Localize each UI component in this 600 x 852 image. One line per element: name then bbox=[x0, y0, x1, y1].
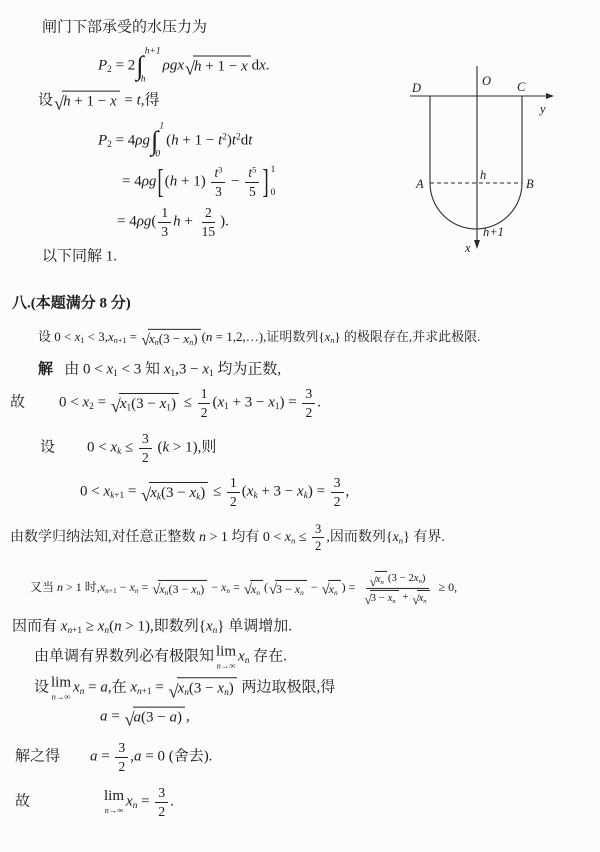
math-var: a bbox=[100, 679, 108, 695]
radical-sign-icon: √ bbox=[141, 330, 150, 348]
math-text: 3 bbox=[218, 165, 222, 174]
denominator: 3 bbox=[212, 183, 225, 200]
superscript: 5 bbox=[252, 165, 256, 174]
math-var: x bbox=[259, 57, 266, 73]
radical-sign-icon: √ bbox=[54, 92, 64, 113]
label-y: y bbox=[538, 102, 546, 116]
fraction: 32 bbox=[312, 522, 324, 554]
radical: √h + 1 − x bbox=[185, 56, 251, 77]
math-var: P bbox=[98, 132, 107, 148]
math-text: 0 bbox=[155, 149, 160, 159]
numerator: 3 bbox=[155, 785, 168, 803]
radical-sign-icon: √ bbox=[152, 581, 160, 598]
lim-word: lim bbox=[104, 789, 124, 804]
math-text: 2 bbox=[118, 759, 125, 774]
math-var: t bbox=[248, 132, 252, 148]
denominator: √3 − xn + √xn bbox=[360, 589, 433, 606]
numerator: √xn(3 − 2xn) bbox=[366, 571, 429, 589]
fraction: 13 bbox=[158, 205, 171, 239]
math-text: − bbox=[227, 173, 243, 189]
math-var: h bbox=[63, 94, 71, 110]
math-text: +1 bbox=[149, 47, 160, 57]
math-text: (3 − bbox=[141, 710, 169, 726]
math-text: ) = bbox=[308, 483, 329, 499]
math-text: →∞ bbox=[56, 691, 71, 701]
formula-result: = 4ρg(13h + 215). bbox=[117, 205, 229, 239]
math-text: 由 0 < bbox=[53, 362, 106, 378]
math-text: 八.(本题满分 8 分) bbox=[12, 296, 131, 312]
math-text: ) bbox=[422, 572, 426, 584]
radicand: a(3 − a) bbox=[133, 707, 185, 728]
math-text: + 1) bbox=[177, 173, 209, 189]
integral: ∫h+1h bbox=[136, 49, 159, 84]
math-text: > 1),则 bbox=[169, 439, 216, 455]
math-text: ). bbox=[220, 213, 229, 229]
radical: √xn bbox=[322, 580, 341, 597]
math-text: } 有界. bbox=[403, 530, 445, 545]
radical-sign-icon: √ bbox=[412, 591, 419, 607]
label-C: C bbox=[517, 80, 526, 94]
numerator: 2 bbox=[202, 205, 215, 223]
numerator: 3 bbox=[312, 522, 324, 538]
denominator: 5 bbox=[246, 183, 259, 200]
numerator: 1 bbox=[227, 475, 240, 493]
math-text: d bbox=[252, 57, 260, 73]
math-text: +1 bbox=[142, 687, 152, 697]
take-limit-text: 设limn→∞xn = a,在 xn+1 = √xn(3 − xn) 两边取极限… bbox=[34, 675, 335, 701]
upper-limit: h+1 bbox=[145, 48, 161, 58]
same-as-solution1-text: 以下同解 1. bbox=[42, 248, 117, 267]
radicand: 3 − xn bbox=[275, 580, 307, 597]
math-var: x bbox=[202, 362, 209, 378]
math-text: ) bbox=[200, 485, 205, 501]
radical: √xn(3 − xn) bbox=[152, 580, 207, 597]
radical: √xn(3 − xn) bbox=[169, 678, 237, 699]
math-text: ) bbox=[171, 396, 176, 412]
math-text: ) = bbox=[280, 394, 301, 410]
denominator: 2 bbox=[139, 449, 152, 466]
radical: √xn bbox=[244, 580, 263, 597]
induction-conclusion: 由数学归纳法知,对任意正整数 n > 1 均有 0 < xn ≤ 32,因而数列… bbox=[10, 522, 445, 554]
formula-p2-integral: P2 = 2∫h+1hρgx√h + 1 − xdx. bbox=[98, 49, 270, 84]
math-var: ρg bbox=[142, 173, 157, 189]
math-text: 3 bbox=[334, 475, 341, 490]
math-text: 设 0 < bbox=[38, 329, 75, 344]
math-text: ( bbox=[264, 580, 268, 594]
math-text: ) bbox=[193, 331, 197, 346]
math-var: n bbox=[300, 588, 304, 597]
math-text: 设 bbox=[38, 92, 53, 108]
math-text: ) bbox=[229, 681, 234, 697]
math-text: . bbox=[170, 793, 174, 809]
math-var: a bbox=[90, 748, 98, 764]
subscript: n bbox=[334, 588, 338, 597]
math-text: = bbox=[121, 92, 137, 108]
math-text: 5 bbox=[249, 184, 256, 199]
integral-limits: h+1h bbox=[144, 49, 160, 84]
bold-text: 解 bbox=[38, 362, 53, 378]
radical: √3 − xn bbox=[269, 580, 307, 597]
integral-limits: 10 bbox=[158, 124, 163, 159]
math-text: 因而有 bbox=[12, 619, 61, 635]
subscript: n+1 bbox=[67, 626, 82, 636]
subscript: n+1 bbox=[137, 687, 152, 697]
math-text: 2 bbox=[315, 540, 321, 554]
radical-sign-icon: √ bbox=[370, 572, 377, 588]
math-text: = bbox=[84, 679, 100, 695]
radical: √h + 1 − x bbox=[54, 91, 120, 112]
math-text: ) = bbox=[342, 580, 359, 594]
math-text: ≤ bbox=[121, 439, 137, 455]
math-text: 两边取极限,得 bbox=[238, 679, 336, 695]
label-h: h bbox=[480, 168, 486, 182]
math-text: (3 − bbox=[159, 331, 184, 346]
math-text: 3 bbox=[142, 431, 149, 446]
math-text: 3 bbox=[215, 184, 222, 199]
math-var: a bbox=[134, 710, 142, 726]
limit-exists-text: 由单调有界数列必有极限知limn→∞xn 存在. bbox=[34, 644, 287, 670]
math-text: + bbox=[181, 213, 197, 229]
math-var: ρg bbox=[135, 132, 150, 148]
solution-start: 解 由 0 < x1 < 3 知 x1,3 − x1 均为正数, bbox=[38, 361, 281, 380]
math-text: 1 bbox=[271, 165, 276, 175]
math-text: = bbox=[126, 329, 140, 344]
gate-figure: D O C y A B h h+1 x bbox=[392, 50, 598, 262]
math-text: ≤ bbox=[295, 530, 310, 545]
math-text: > 1 均有 0 < bbox=[206, 530, 285, 545]
fraction: 32 bbox=[115, 740, 128, 774]
subscript: n+1 bbox=[105, 586, 117, 595]
label-x: x bbox=[464, 241, 471, 255]
x-axis-arrow-icon bbox=[474, 240, 480, 249]
math-text: 0 < bbox=[87, 439, 110, 455]
math-text: (3 − bbox=[161, 485, 189, 501]
radicand: xn(3 − xn) bbox=[158, 580, 207, 597]
fraction: 32 bbox=[302, 386, 315, 420]
math-text: = bbox=[124, 483, 140, 499]
radical-sign-icon: √ bbox=[269, 581, 277, 598]
math-text: (3 − bbox=[168, 582, 191, 596]
math-var: n bbox=[423, 597, 426, 604]
math-text: − bbox=[117, 580, 130, 594]
math-text: + 1 − bbox=[179, 132, 218, 148]
math-text: > 1),即数列{ bbox=[122, 619, 206, 635]
math-text: 3 − bbox=[371, 592, 388, 604]
denominator: 2 bbox=[198, 404, 211, 421]
radical-sign-icon: √ bbox=[364, 591, 371, 607]
fraction: 215 bbox=[199, 205, 219, 239]
math-var: n bbox=[114, 619, 122, 635]
math-var: x bbox=[241, 59, 248, 75]
math-text: 又当 bbox=[30, 580, 57, 594]
math-var: x bbox=[120, 396, 127, 412]
induction-hypothesis: 设0 < xk ≤ 32 (k > 1),则 bbox=[40, 431, 216, 465]
math-var: n bbox=[334, 588, 338, 597]
math-text: + bbox=[400, 591, 412, 603]
math-text: 由数学归纳法知,对任意正整数 bbox=[10, 530, 199, 545]
math-text: = bbox=[152, 679, 168, 695]
formula-p2-t: P2 = 4ρg∫10(h + 1 − t2)t2dt bbox=[98, 124, 252, 159]
math-text: 0 < bbox=[59, 394, 82, 410]
big-bracket: ] bbox=[261, 165, 269, 199]
final-answer: 故limn→∞xn = 32. bbox=[15, 785, 174, 819]
math-text: 3 bbox=[161, 224, 168, 239]
math-text: = bbox=[137, 793, 153, 809]
denominator: 2 bbox=[155, 803, 168, 820]
fraction: t55 bbox=[245, 165, 259, 199]
monotone-increasing-text: 因而有 xn+1 ≥ xn(n > 1),即数列{xn} 单调增加. bbox=[12, 618, 292, 637]
math-text: 闸门下部承受的水压力为 bbox=[42, 20, 207, 36]
formula-antiderivative: = 4ρg[(h + 1) t33 − t55]10 bbox=[122, 165, 275, 199]
math-text: →∞ bbox=[221, 660, 236, 670]
subscript: n bbox=[423, 597, 426, 604]
math-var: x bbox=[297, 483, 304, 499]
math-text: (3 − 2 bbox=[388, 572, 414, 584]
math-text: 1 bbox=[161, 205, 168, 220]
math-text: . bbox=[317, 394, 321, 410]
math-text: = bbox=[108, 708, 124, 724]
label-D: D bbox=[411, 81, 421, 95]
math-text: ,得 bbox=[141, 92, 160, 108]
numerator: 3 bbox=[115, 740, 128, 758]
fraction: 32 bbox=[155, 785, 168, 819]
math-text: (3 − bbox=[131, 396, 159, 412]
math-text: = bbox=[230, 580, 243, 594]
lim-word: lim bbox=[216, 644, 236, 659]
math-text: 由单调有界数列必有极限知 bbox=[34, 648, 214, 664]
formula-xk1-bound: 0 < xk+1 = √xk(3 − xk) ≤ 12(xk + 3 − xk)… bbox=[80, 475, 349, 509]
math-var: n bbox=[381, 579, 384, 586]
math-var: h bbox=[141, 74, 146, 84]
radicand: x1(3 − x1) bbox=[119, 393, 179, 414]
numerator: 1 bbox=[158, 205, 171, 223]
subscript: n bbox=[381, 579, 384, 586]
subscript: n+1 bbox=[114, 336, 127, 345]
math-text: →∞ bbox=[109, 805, 124, 815]
lim-subscript: n→∞ bbox=[105, 806, 124, 815]
lower: 0 bbox=[271, 189, 276, 199]
substitution-text: 设√h + 1 − x = t,得 bbox=[38, 91, 160, 112]
problem8-statement: 设 0 < x1 < 3,xn+1 = √xn(3 − xn)(n = 1,2,… bbox=[38, 329, 480, 347]
fraction: 12 bbox=[198, 386, 211, 420]
math-text: 故 bbox=[10, 394, 25, 410]
denominator: 2 bbox=[115, 758, 128, 775]
radical: √x1(3 − x1) bbox=[111, 393, 179, 414]
numerator: 3 bbox=[302, 386, 315, 404]
denominator: 2 bbox=[302, 404, 315, 421]
radical-sign-icon: √ bbox=[124, 708, 134, 729]
label-B: B bbox=[526, 177, 534, 191]
math-text: = 4 bbox=[122, 173, 142, 189]
limit-operator: limn→∞ bbox=[216, 644, 236, 670]
math-var: n bbox=[199, 530, 206, 545]
math-text: +1 bbox=[109, 586, 117, 595]
math-var: a bbox=[169, 710, 177, 726]
problem8-heading: 八.(本题满分 8 分) bbox=[12, 295, 131, 314]
math-text: 均为正数, bbox=[214, 362, 282, 378]
math-var: h bbox=[171, 132, 179, 148]
radical: √xn(3 − xn) bbox=[141, 329, 200, 347]
fraction: t33 bbox=[211, 165, 225, 199]
math-text: 设 bbox=[34, 679, 49, 695]
math-text: = bbox=[98, 748, 114, 764]
math-text: ( bbox=[154, 439, 163, 455]
radical-sign-icon: √ bbox=[169, 679, 179, 700]
formula-x2-bound: 故0 < x2 = √x1(3 − x1) ≤ 12(x1 + 3 − x1) … bbox=[10, 386, 321, 420]
math-text: = bbox=[139, 580, 152, 594]
math-text: , bbox=[186, 708, 190, 724]
radicand: 3 − xn bbox=[370, 590, 399, 606]
math-var: x bbox=[150, 485, 157, 501]
radicand: h + 1 − x bbox=[62, 91, 120, 112]
denominator: 2 bbox=[227, 493, 240, 510]
math-var: x bbox=[130, 679, 137, 695]
math-text: 2 bbox=[230, 494, 237, 509]
math-text: (3 − bbox=[189, 681, 217, 697]
math-text: = 4 bbox=[112, 132, 135, 148]
radical-sign-icon: √ bbox=[322, 581, 330, 598]
gate-semicircle bbox=[430, 183, 522, 229]
math-text: < 3, bbox=[84, 329, 108, 344]
fraction: 32 bbox=[139, 431, 152, 465]
math-text: ≤ bbox=[180, 394, 196, 410]
lim-subscript: n→∞ bbox=[52, 692, 71, 701]
math-text: 2 bbox=[142, 450, 149, 465]
math-text: = bbox=[94, 394, 110, 410]
math-text: . bbox=[266, 57, 270, 73]
math-text: , bbox=[346, 483, 350, 499]
math-text: + 1 − bbox=[71, 94, 110, 110]
upper-limit: 1 bbox=[159, 123, 164, 133]
math-text: + 3 − bbox=[229, 394, 268, 410]
numerator: 1 bbox=[198, 386, 211, 404]
numerator: t3 bbox=[211, 165, 225, 183]
math-text: 3 bbox=[158, 785, 165, 800]
math-text: = 2 bbox=[112, 57, 135, 73]
math-text: ≤ bbox=[209, 483, 225, 499]
math-var: x bbox=[206, 619, 213, 635]
math-text: 0 bbox=[271, 188, 276, 198]
limit-operator: limn→∞ bbox=[104, 789, 124, 815]
denominator: 2 bbox=[331, 493, 344, 510]
subscript: k+1 bbox=[110, 491, 124, 501]
math-text: } 的极限存在,并求此极限. bbox=[334, 329, 480, 344]
math-var: h bbox=[194, 59, 202, 75]
math-text: − bbox=[208, 580, 221, 594]
radicand: xn(3 − xn) bbox=[177, 678, 237, 699]
math-text: 解之得 bbox=[15, 748, 60, 764]
subscript: n bbox=[392, 597, 395, 604]
fraction: √xn(3 − 2xn)√3 − xn + √xn bbox=[360, 571, 433, 605]
upper: 1 bbox=[271, 166, 276, 176]
math-text: 5 bbox=[252, 165, 256, 174]
limit-operator: limn→∞ bbox=[51, 675, 71, 701]
math-text: ,3 − bbox=[175, 362, 202, 378]
radical-sign-icon: √ bbox=[111, 394, 121, 415]
evaluation-limits: 10 bbox=[271, 166, 276, 199]
math-text: +1 bbox=[114, 491, 124, 501]
math-text: ≥ 0, bbox=[436, 580, 458, 594]
math-text: ) bbox=[200, 582, 204, 596]
math-text: 3 bbox=[118, 740, 125, 755]
math-text: ,在 bbox=[108, 679, 131, 695]
math-text: = 4 bbox=[117, 213, 137, 229]
radical: √3 − xn bbox=[364, 590, 398, 606]
math-text: 15 bbox=[202, 224, 216, 239]
label-O: O bbox=[482, 74, 491, 88]
integral: ∫10 bbox=[151, 124, 163, 159]
math-text: 3 bbox=[315, 522, 321, 536]
fraction: 32 bbox=[331, 475, 344, 509]
radicand: xn(3 − xn) bbox=[148, 329, 201, 347]
math-text: } 单调增加. bbox=[217, 619, 292, 635]
math-text: = 1,2,…),证明数列{ bbox=[212, 329, 324, 344]
radical: √xn bbox=[370, 571, 387, 587]
document-page: 闸门下部承受的水压力为P2 = 2∫h+1hρgx√h + 1 − xdx.设√… bbox=[0, 0, 600, 852]
math-text: ,因而数列{ bbox=[326, 530, 392, 545]
radical-sign-icon: √ bbox=[185, 57, 195, 78]
math-text: ≥ bbox=[82, 619, 98, 635]
formula-a-equation: a = √a(3 − a), bbox=[100, 707, 190, 728]
math-text: 3 bbox=[305, 386, 312, 401]
math-text: = 0 (舍去). bbox=[141, 748, 212, 764]
radicand: h + 1 − x bbox=[193, 56, 251, 77]
radical-sign-icon: √ bbox=[141, 483, 151, 504]
radical: √a(3 − a) bbox=[124, 707, 185, 728]
math-text: < 3 知 bbox=[118, 362, 164, 378]
math-var: ρg bbox=[137, 213, 152, 229]
math-text: > 1 时, bbox=[63, 580, 100, 594]
big-bracket: [ bbox=[156, 165, 164, 199]
math-text: − bbox=[308, 580, 321, 594]
math-text: 0 < bbox=[80, 483, 103, 499]
math-var: x bbox=[238, 648, 245, 664]
math-text: 2 bbox=[305, 405, 312, 420]
denominator: 3 bbox=[158, 223, 171, 240]
label-A: A bbox=[415, 177, 424, 191]
lim-word: lim bbox=[51, 675, 71, 690]
math-text: ) bbox=[177, 710, 182, 726]
intro-text: 闸门下部承受的水压力为 bbox=[42, 19, 207, 38]
math-var: x bbox=[110, 94, 117, 110]
math-text: 2 bbox=[201, 405, 208, 420]
math-text: 2 bbox=[334, 494, 341, 509]
math-text: 2 bbox=[205, 205, 212, 220]
solve-a-text: 解之得a = 32,a = 0 (舍去). bbox=[15, 740, 212, 774]
math-var: x bbox=[73, 679, 80, 695]
math-var: x bbox=[126, 793, 133, 809]
radical: √xk(3 − xk) bbox=[141, 482, 208, 503]
math-text: + 3 − bbox=[258, 483, 297, 499]
numerator: 3 bbox=[331, 475, 344, 493]
math-var: n bbox=[392, 597, 395, 604]
math-var: a bbox=[100, 708, 108, 724]
math-text: + 1 − bbox=[202, 59, 241, 75]
math-text: ( bbox=[151, 213, 156, 229]
math-var: P bbox=[98, 57, 107, 73]
subscript: n bbox=[256, 588, 260, 597]
fraction: 12 bbox=[227, 475, 240, 509]
radical: √xn bbox=[412, 590, 429, 606]
superscript: 3 bbox=[218, 165, 222, 174]
y-axis-arrow-icon bbox=[546, 93, 554, 99]
numerator: 3 bbox=[139, 431, 152, 449]
subscript: n bbox=[300, 588, 304, 597]
lim-subscript: n→∞ bbox=[217, 661, 236, 670]
math-var: n bbox=[256, 588, 260, 597]
math-text: 以下同解 1. bbox=[42, 249, 117, 265]
numerator: t5 bbox=[245, 165, 259, 183]
